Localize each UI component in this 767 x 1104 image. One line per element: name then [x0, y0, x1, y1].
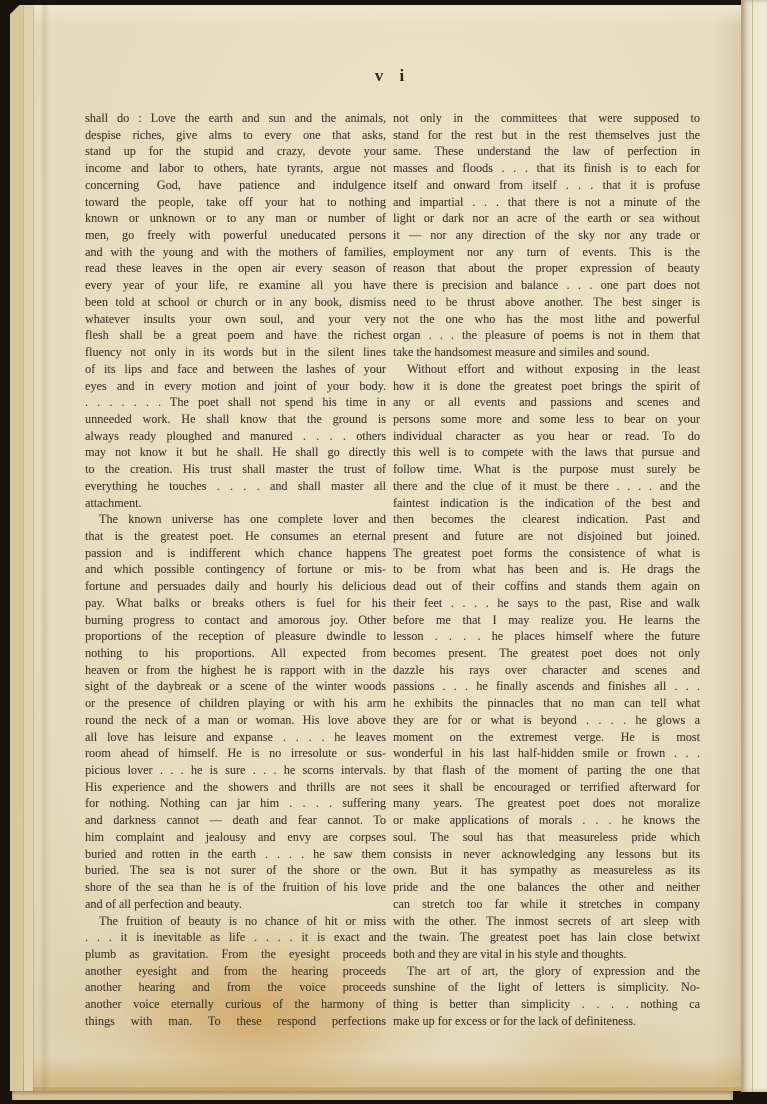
text-line: to be from what has been and is. He drag… — [393, 561, 700, 578]
text-line: consists in never acknowledging any less… — [393, 846, 700, 863]
text-line: His experience and the showers and thril… — [85, 779, 386, 796]
text-line: shore of the sea than he is of the fruit… — [85, 879, 386, 896]
text-column-right: not only in the committees that were sup… — [393, 110, 700, 1030]
text-line: picious lover . . . he is sure . . . he … — [85, 762, 386, 779]
text-line: stand up for the stupid and crazy, devot… — [85, 143, 386, 160]
text-line: to the creation. His trust shall master … — [85, 461, 386, 478]
text-line: nothing to his proportions. All expected… — [85, 645, 386, 662]
text-line: The fruition of beauty is no chance of h… — [85, 913, 386, 930]
text-line: all love has leisure and expanse . . . .… — [85, 729, 386, 746]
text-column-left: shall do : Love the earth and sun and th… — [85, 110, 386, 1030]
text-line: becomes present. The greatest poet does … — [393, 645, 700, 662]
text-line: persons some more and some less to bear … — [393, 411, 700, 428]
text-line: there is precision and balance . . . one… — [393, 277, 700, 294]
text-line: make up for excess or for the lack of de… — [393, 1013, 700, 1030]
text-line: fluency not only in its words but in the… — [85, 344, 386, 361]
page-edge-line — [752, 0, 753, 1092]
page-number: v i — [85, 66, 700, 86]
text-line: eyes and in every motion and joint of yo… — [85, 378, 386, 395]
text-line: always ready ploughed and manured . . . … — [85, 428, 386, 445]
text-line: and darkness cannot — death and fear can… — [85, 812, 386, 829]
text-line: burning progress to contact and amorous … — [85, 612, 386, 629]
scan-background: { "theme": { "background_color": "#18130… — [0, 0, 767, 1104]
text-line: another eyesight and from the hearing pr… — [85, 963, 386, 980]
text-line: itself and onward from itself . . . that… — [393, 177, 700, 194]
text-line: then becomes the clearest indication. Pa… — [393, 511, 700, 528]
text-line: men, go freely with powerful uneducated … — [85, 227, 386, 244]
text-line: may not know it but he shall. He shall g… — [85, 444, 386, 461]
text-line: can stretch too far while it stretches i… — [393, 896, 700, 913]
text-line: The greatest poet forms the consistence … — [393, 545, 700, 562]
text-line: he exhibits the pinnacles that no man ca… — [393, 695, 700, 712]
text-line: need to be thrust above another. The bes… — [393, 294, 700, 311]
text-line: another hearing and from the voice proce… — [85, 979, 386, 996]
text-line: proportions of the reception of pleasure… — [85, 628, 386, 645]
text-line: it — nor any direction of the sky nor an… — [393, 227, 700, 244]
text-line: Without effort and without exposing in t… — [393, 361, 700, 378]
text-line: many years. The greatest poet does not m… — [393, 795, 700, 812]
text-line: dead out of their coffins and stands the… — [393, 578, 700, 595]
text-line: moment on the extremest verge. He is mos… — [393, 729, 700, 746]
text-line: passions . . . he finally ascends and fi… — [393, 678, 700, 695]
text-line: employment nor any turn of events. This … — [393, 244, 700, 261]
text-line: before me that I may realize you. He lea… — [393, 612, 700, 629]
text-line: another voice eternally curious of the h… — [85, 996, 386, 1013]
text-line: and impartial . . . that there is not a … — [393, 194, 700, 211]
text-line: buried and rotten in the earth . . . . h… — [85, 846, 386, 863]
text-line: both and they are vital in his style and… — [393, 946, 700, 963]
text-line: present and future are not disjoined but… — [393, 528, 700, 545]
text-line: stand for the rest but in the rest thems… — [393, 127, 700, 144]
text-line: masses and floods . . . that its finish … — [393, 160, 700, 177]
text-line: whatever insults your own soul, and your… — [85, 311, 386, 328]
text-line: light or dark nor an acre of the earth o… — [393, 210, 700, 227]
text-line: fortune and persuades daily and hourly h… — [85, 578, 386, 595]
text-line: and of all perfection and beauty. — [85, 896, 386, 913]
text-line: individual character as you hear or read… — [393, 428, 700, 445]
text-line: toward the people, take off your hat to … — [85, 194, 386, 211]
text-line: shall do : Love the earth and sun and th… — [85, 110, 386, 127]
text-line: organ . . . the pleasure of poems is not… — [393, 327, 700, 344]
text-line: how it is done the greatest poet brings … — [393, 378, 700, 395]
text-line: passion and is indifferent which chance … — [85, 545, 386, 562]
text-line: not only in the committees that were sup… — [393, 110, 700, 127]
text-line: wonderful in his last half-hidden smile … — [393, 745, 700, 762]
text-line: . . . it is inevitable as life . . . . i… — [85, 929, 386, 946]
text-line: concerning God, have patience and indulg… — [85, 177, 386, 194]
text-line: that is the greatest poet. He consumes a… — [85, 528, 386, 545]
text-line: plumb as gravitation. From the eyesight … — [85, 946, 386, 963]
text-line: by that flash of the moment of parting t… — [393, 762, 700, 779]
text-line: for nothing. Nothing can jar him . . . .… — [85, 795, 386, 812]
text-line: not the one who has the most lithe and p… — [393, 311, 700, 328]
text-line: sunshine of the light of letters is simp… — [393, 979, 700, 996]
text-line: unneeded work. He shall know that the gr… — [85, 411, 386, 428]
text-line: they are for or what is beyond . . . . h… — [393, 712, 700, 729]
page-edge-bottom — [12, 1091, 733, 1100]
text-line: thing is better than simplicity . . . . … — [393, 996, 700, 1013]
text-line: attachment. — [85, 495, 386, 512]
text-line: known or unknown or to any man or number… — [85, 210, 386, 227]
text-line: of its lips and face and between the las… — [85, 361, 386, 378]
text-line: faintest indication is the indication of… — [393, 495, 700, 512]
text-line: soul. The soul has that measureless prid… — [393, 829, 700, 846]
text-line: follow time. What is the purpose must su… — [393, 461, 700, 478]
text-line: The art of art, the glory of expression … — [393, 963, 700, 980]
text-line: him complaint and jealousy and envy are … — [85, 829, 386, 846]
text-line: the twain. The greatest poet has lain cl… — [393, 929, 700, 946]
text-line: take the handsomest measure and similes … — [393, 344, 700, 361]
text-line: own. But it has sympathy as measureless … — [393, 862, 700, 879]
text-line: everything he touches . . . . and shall … — [85, 478, 386, 495]
text-line: The known universe has one complete love… — [85, 511, 386, 528]
text-line: income and labor to others, hate tyrants… — [85, 160, 386, 177]
text-line: lesson . . . . he places himself where t… — [393, 628, 700, 645]
text-line: read these leaves in the open air every … — [85, 260, 386, 277]
text-line: pride and the one balances the other and… — [393, 879, 700, 896]
text-line: and with the young and with the mothers … — [85, 244, 386, 261]
text-line: and which possible contingency of fortun… — [85, 561, 386, 578]
text-line: there and the clue of it must be there .… — [393, 478, 700, 495]
text-line: sees it shall be encouraged or terrified… — [393, 779, 700, 796]
text-line: their feet . . . . he says to the past, … — [393, 595, 700, 612]
text-line: room ahead of himself. He is no irresolu… — [85, 745, 386, 762]
text-line: this well is to compete with the laws th… — [393, 444, 700, 461]
text-line: buried. The sea is not surer of the shor… — [85, 862, 386, 879]
text-line: or make applications of morals . . . he … — [393, 812, 700, 829]
text-line: with the other. The inmost secrets of ar… — [393, 913, 700, 930]
text-line: dazzle his rays over character and scene… — [393, 662, 700, 679]
page-edge-right — [741, 0, 767, 1092]
text-line: things with man. To these respond perfec… — [85, 1013, 386, 1030]
text-line: or the presence of children playing or w… — [85, 695, 386, 712]
text-line: pay. What balks or breaks others is fuel… — [85, 595, 386, 612]
text-line: heaven or from the highest he is rapport… — [85, 662, 386, 679]
text-line: reason that about the proper expression … — [393, 260, 700, 277]
text-line: same. These understand the law of perfec… — [393, 143, 700, 160]
text-line: round the neck of a man or woman. His lo… — [85, 712, 386, 729]
text-line: every year of your life, re examine all … — [85, 277, 386, 294]
text-line: sight of the daybreak or a scene of the … — [85, 678, 386, 695]
text-line: been told at school or church or in any … — [85, 294, 386, 311]
text-line: any or all events and passions and scene… — [393, 394, 700, 411]
text-line: . . . . . . . The poet shall not spend h… — [85, 394, 386, 411]
text-line: flesh shall be a great poem and have the… — [85, 327, 386, 344]
text-line: despise riches, give alms to every one t… — [85, 127, 386, 144]
